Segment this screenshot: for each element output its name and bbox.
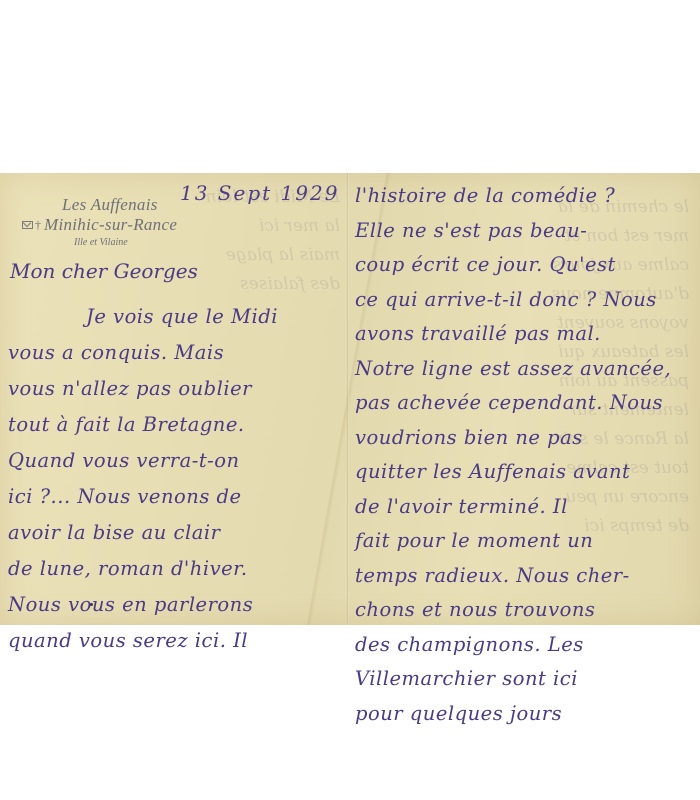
handwritten-line: Villemarchier sont ici: [355, 662, 695, 697]
letterhead-place: Minihic-sur-Rance: [44, 215, 177, 235]
telephone-pole-icon: †: [35, 219, 41, 231]
handwritten-line: voudrions bien ne pas: [355, 421, 695, 456]
handwritten-line: l'histoire de la comédie ?: [355, 179, 695, 214]
handwritten-line: coup écrit ce jour. Qu'est: [355, 248, 695, 283]
letterhead-house-name: Les Auffenais: [62, 195, 158, 215]
letterhead-address-row: † Minihic-sur-Rance: [22, 215, 177, 235]
handwritten-line: Quand vous verra-t-on: [8, 443, 343, 479]
handwritten-line: Je vois que le Midi: [8, 299, 343, 335]
handwritten-line: avons travaillé pas mal.: [355, 317, 695, 352]
letterhead-department: Ille et Vilaine: [74, 237, 128, 248]
left-page-body: Je vois que le Midi vous a conquis. Mais…: [8, 299, 343, 659]
handwritten-line: Nous vous en parlerons: [8, 587, 343, 623]
handwritten-line: ce qui arrive-t-il donc ? Nous: [355, 283, 695, 318]
handwritten-line: Notre ligne est assez avancée,: [355, 352, 695, 387]
right-page-body: l'histoire de la comédie ? Elle ne s'est…: [355, 179, 695, 731]
handwritten-line: Elle ne s'est pas beau-: [355, 214, 695, 249]
letter-date: 13 Sept 1929: [180, 181, 339, 205]
letterhead-icons: †: [22, 219, 41, 231]
handwritten-line: avoir la bise au clair: [8, 515, 343, 551]
handwritten-line: des champignons. Les: [355, 628, 695, 663]
right-page: le chemin de la mer est bon et calme aux…: [349, 173, 700, 625]
handwritten-line: pour quelques jours: [355, 697, 695, 732]
handwritten-line: quand vous serez ici. Il: [8, 623, 343, 659]
envelope-icon: [22, 221, 33, 229]
letter-sheet: Le Midi est loin la mer ici mais la plag…: [0, 173, 700, 625]
handwritten-line: vous n'allez pas oublier: [8, 371, 343, 407]
salutation: Mon cher Georges: [10, 259, 198, 283]
handwritten-line: fait pour le moment un: [355, 524, 695, 559]
handwritten-line: de lune, roman d'hiver.: [8, 551, 343, 587]
handwritten-line: tout à fait la Bretagne.: [8, 407, 343, 443]
ink-dot: [90, 603, 93, 606]
handwritten-line: ici ?... Nous venons de: [8, 479, 343, 515]
handwritten-line: de l'avoir terminé. Il: [355, 490, 695, 525]
handwritten-line: temps radieux. Nous cher-: [355, 559, 695, 594]
handwritten-line: pas achevée cependant. Nous: [355, 386, 695, 421]
left-page: Le Midi est loin la mer ici mais la plag…: [0, 173, 347, 625]
handwritten-line: quitter les Auffenais avant: [355, 455, 695, 490]
handwritten-line: vous a conquis. Mais: [8, 335, 343, 371]
handwritten-line: chons et nous trouvons: [355, 593, 695, 628]
